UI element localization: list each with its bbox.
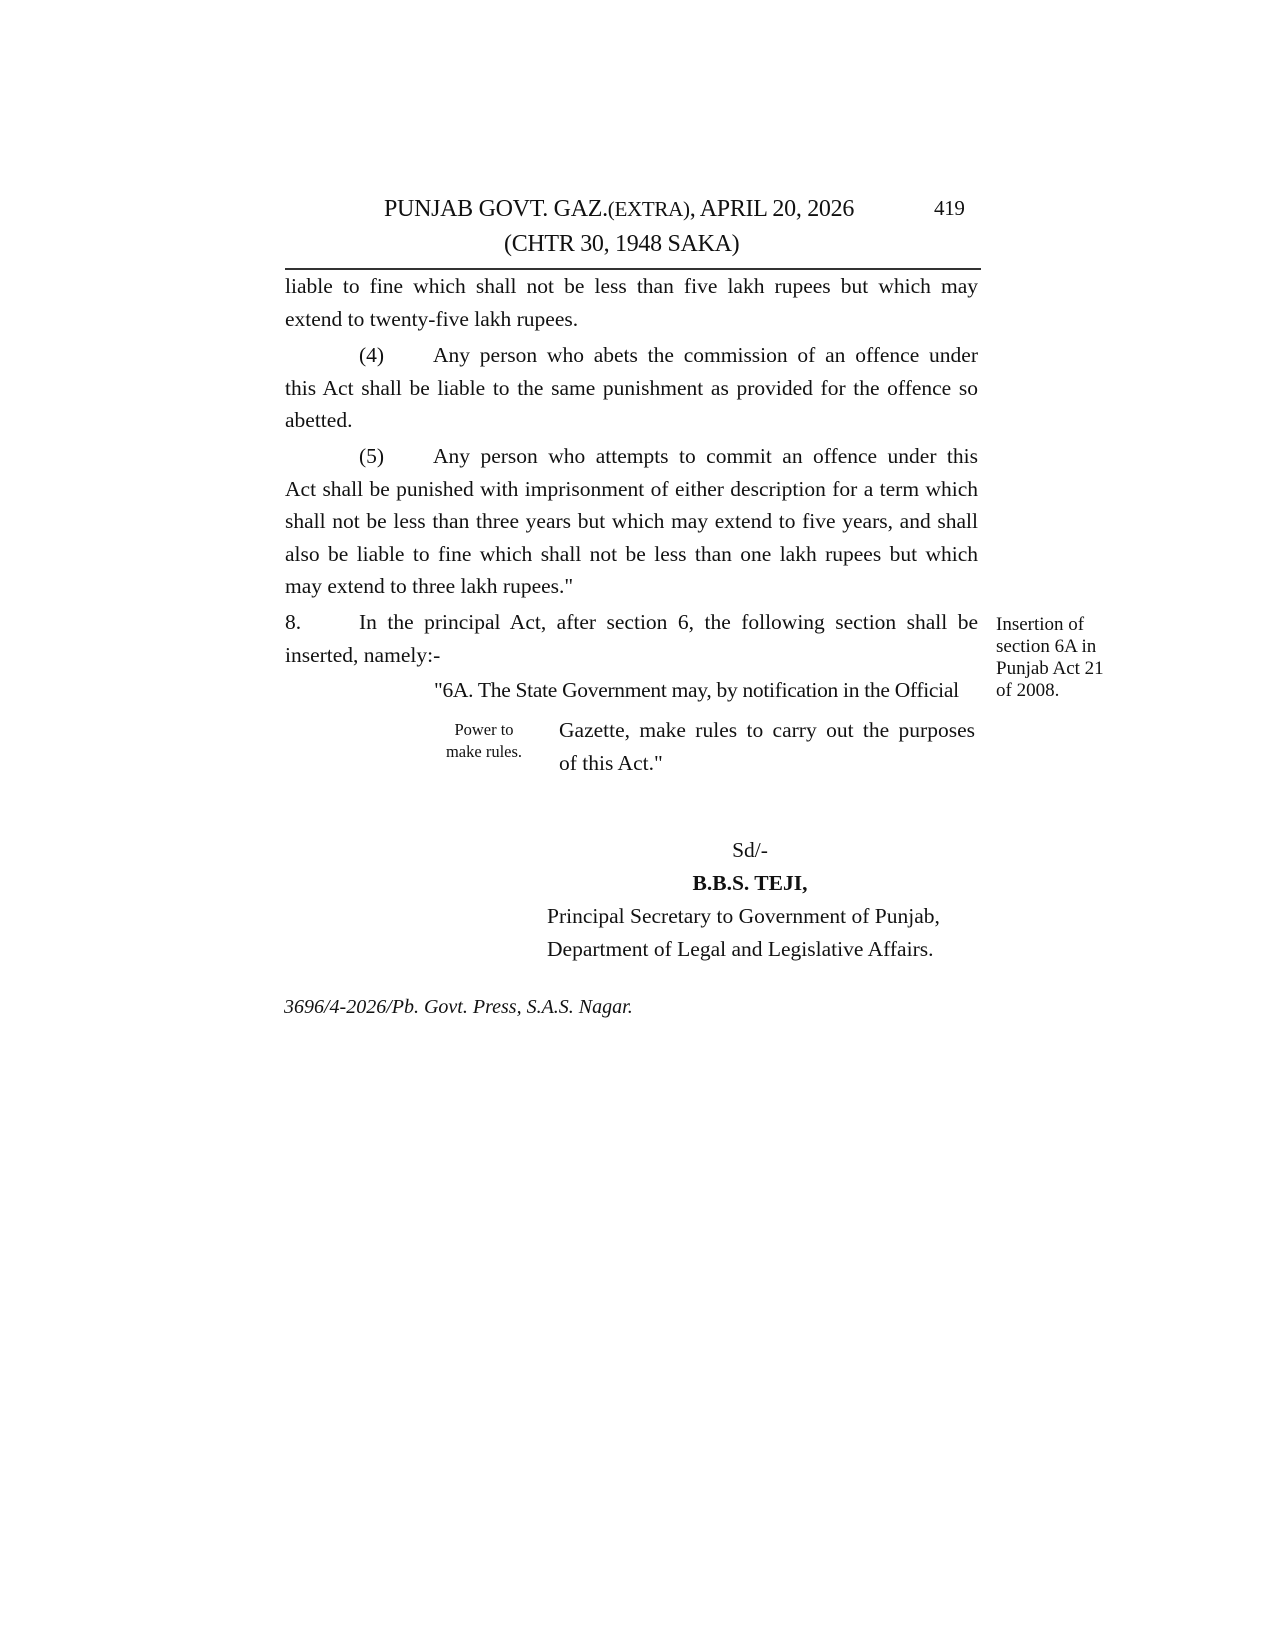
text-line: "6A. The State Government may, by notifi… bbox=[434, 674, 978, 707]
margin-note-line: of 2008. bbox=[996, 680, 1104, 702]
clause-number: (4) bbox=[359, 339, 433, 372]
margin-note-line: Punjab Act 21 bbox=[996, 658, 1104, 680]
section-6a-continuation: Gazette, make rules to carry out the pur… bbox=[559, 714, 975, 779]
margin-note-line: section 6A in bbox=[996, 636, 1104, 658]
text-line: this Act shall be liable to the same pun… bbox=[285, 372, 978, 405]
header-title-date: , APRIL 20, 2026 bbox=[690, 196, 854, 222]
text-line: Any person who attempts to commit an off… bbox=[433, 444, 978, 468]
gazette-header-subtitle: (CHTR 30, 1948 SAKA) bbox=[504, 231, 739, 258]
side-note-power-to-make-rules: Power to make rules. bbox=[434, 719, 534, 763]
text-line: extend to twenty-five lakh rupees. bbox=[285, 303, 978, 336]
text-line: Any person who abets the commission of a… bbox=[433, 343, 978, 367]
text-line: Gazette, make rules to carry out the pur… bbox=[559, 714, 975, 747]
header-title-extra: (EXTRA) bbox=[608, 197, 690, 221]
margin-note-line: Insertion of bbox=[996, 614, 1104, 636]
text-line: In the principal Act, after section 6, t… bbox=[359, 610, 978, 634]
press-footer: 3696/4-2026/Pb. Govt. Press, S.A.S. Naga… bbox=[284, 996, 633, 1019]
section-6a: "6A. The State Government may, by notifi… bbox=[434, 674, 978, 707]
header-title-main: PUNJAB GOVT. GAZ. bbox=[384, 196, 608, 222]
continuation-paragraph: liable to fine which shall not be less t… bbox=[285, 270, 978, 335]
section-8: 8.In the principal Act, after section 6,… bbox=[285, 606, 978, 671]
gazette-header-title: PUNJAB GOVT. GAZ.(EXTRA), APRIL 20, 2026 bbox=[384, 196, 854, 223]
signatory-name: B.B.S. TEJI, bbox=[650, 871, 850, 896]
text-line: may extend to three lakh rupees." bbox=[285, 570, 978, 603]
margin-note: Insertion of section 6A in Punjab Act 21… bbox=[996, 614, 1104, 702]
page-number: 419 bbox=[934, 196, 965, 221]
text-line: also be liable to fine which shall not b… bbox=[285, 538, 978, 571]
clause-5: (5)Any person who attempts to commit an … bbox=[285, 440, 978, 603]
signatory-designation: Principal Secretary to Government of Pun… bbox=[547, 904, 940, 929]
text-line: of this Act." bbox=[559, 747, 975, 780]
text-line: inserted, namely:- bbox=[285, 639, 978, 672]
text-line: Act shall be punished with imprisonment … bbox=[285, 473, 978, 506]
section-number: 8. bbox=[285, 606, 359, 639]
text-line: liable to fine which shall not be less t… bbox=[285, 270, 978, 303]
text-line: abetted. bbox=[285, 404, 978, 437]
clause-number: (5) bbox=[359, 440, 433, 473]
signature-sd: Sd/- bbox=[700, 838, 800, 863]
signatory-department: Department of Legal and Legislative Affa… bbox=[547, 937, 933, 962]
clause-4: (4)Any person who abets the commission o… bbox=[285, 339, 978, 437]
text-line: shall not be less than three years but w… bbox=[285, 505, 978, 538]
